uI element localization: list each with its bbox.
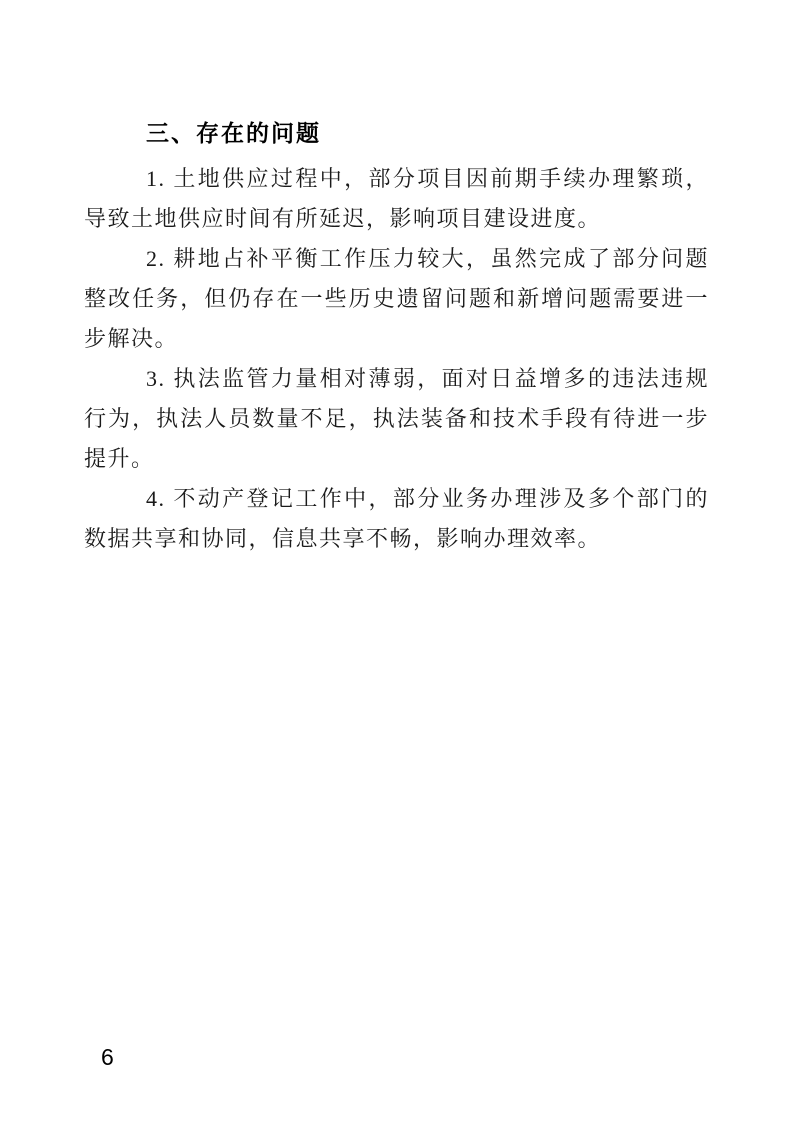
paragraph-1: 1. 土地供应过程中，部分项目因前期手续办理繁琐，导致土地供应时间有所延迟，影响… [84,159,709,239]
page-number: 6 [101,1042,114,1072]
paragraph-2: 2. 耕地占补平衡工作压力较大，虽然完成了部分问题整改任务，但仍存在一些历史遗留… [84,239,709,359]
paragraph-4: 4. 不动产登记工作中，部分业务办理涉及多个部门的数据共享和协同，信息共享不畅，… [84,479,709,559]
paragraph-3: 3. 执法监管力量相对薄弱，面对日益增多的违法违规行为，执法人员数量不足，执法装… [84,359,709,479]
document-page: 三、存在的问题 1. 土地供应过程中，部分项目因前期手续办理繁琐，导致土地供应时… [0,0,793,1122]
document-body: 三、存在的问题 1. 土地供应过程中，部分项目因前期手续办理繁琐，导致土地供应时… [84,113,709,559]
section-heading: 三、存在的问题 [84,113,709,153]
